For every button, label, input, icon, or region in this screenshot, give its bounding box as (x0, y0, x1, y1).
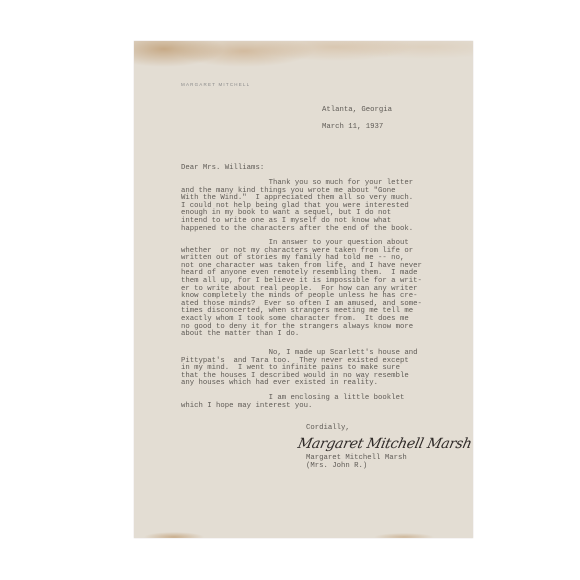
handwritten-signature: Margaret Mitchell Marsh (296, 436, 473, 452)
paragraph-3: No, I made up Scarlett's house and Pitty… (181, 350, 417, 388)
typed-title: (Mrs. John R.) (306, 463, 367, 471)
letter-place: Atlanta, Georgia (322, 107, 392, 115)
water-stain (134, 41, 473, 81)
paragraph-1: Thank you so much for your letter and th… (181, 180, 413, 233)
closing: Cordially, (306, 425, 350, 433)
letter-date: March 11, 1937 (322, 124, 383, 132)
letter-paper: MARGARET MITCHELL Atlanta, Georgia March… (134, 41, 473, 538)
edge-wear (134, 530, 473, 538)
salutation: Dear Mrs. Williams: (181, 165, 264, 173)
paragraph-2: In answer to your question about whether… (181, 240, 422, 339)
paragraph-4: I am enclosing a little booklet which I … (181, 395, 404, 410)
letterhead: MARGARET MITCHELL (181, 82, 250, 87)
